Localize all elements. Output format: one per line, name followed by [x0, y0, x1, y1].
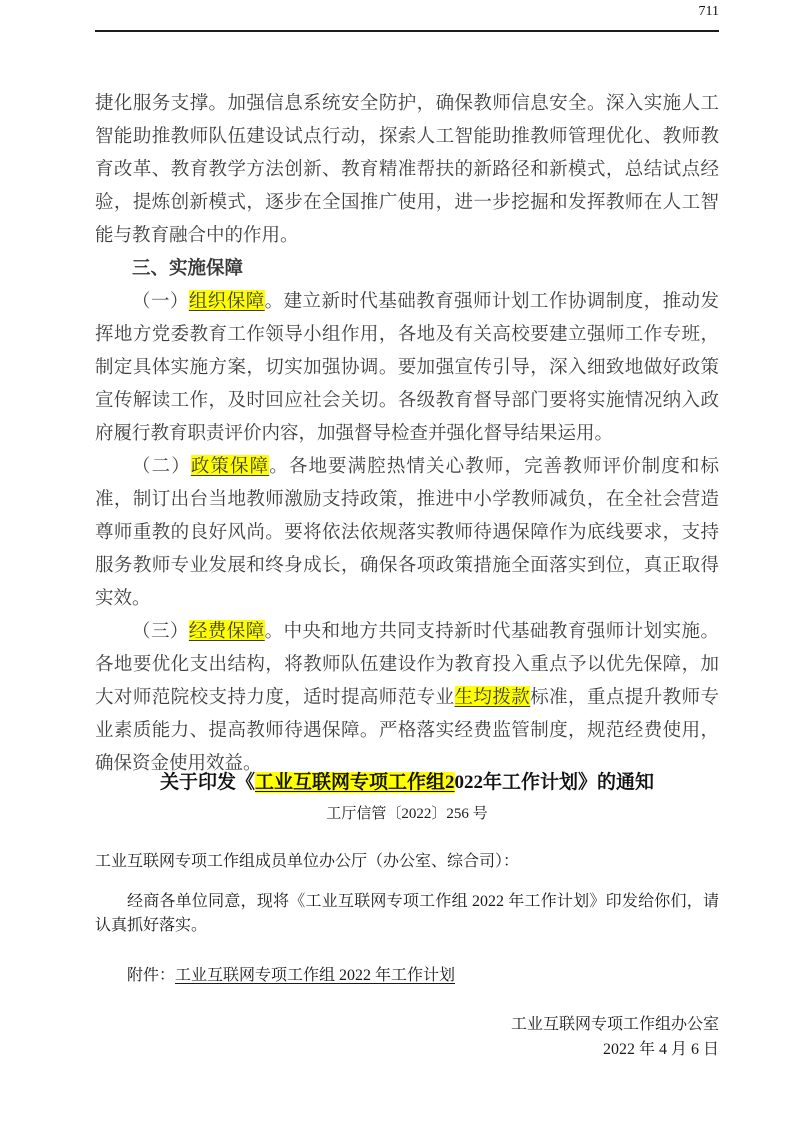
highlighted-keyword[interactable]: 政策保障 [191, 455, 269, 476]
notice-title: 关于印发《工业互联网专项工作组2022年工作计划》的通知 [95, 770, 719, 796]
paragraph-policy-guarantee: （二）政策保障。各地要满腔热情关心教师，完善教师评价制度和标准，制订出台当地教师… [95, 449, 719, 614]
paragraph-organization-guarantee: （一）组织保障。建立新时代基础教育强师计划工作协调制度，推动发挥地方党委教育工作… [95, 284, 719, 449]
text-run: 022年工作计划》的通知 [455, 772, 655, 793]
highlighted-keyword[interactable]: 生均拨款 [455, 686, 531, 707]
paragraph-funding-guarantee: （三）经费保障。中央和地方共同支持新时代基础教育强师计划实施。各地要优化支出结构… [95, 614, 719, 779]
attachment-link[interactable]: 工业互联网专项工作组 2022 年工作计划 [175, 967, 455, 984]
notice-document: 关于印发《工业互联网专项工作组2022年工作计划》的通知 工厅信管〔2022〕2… [95, 770, 719, 1062]
text-run: 。建立新时代基础教育强师计划工作协调制度，推动发挥地方党委教育工作领导小组作用，… [95, 290, 719, 443]
page-number: 711 [699, 4, 719, 20]
notice-signoff: 工业互联网专项工作组办公室 2022 年 4 月 6 日 [95, 1012, 719, 1062]
text-run: 关于印发《 [160, 772, 255, 793]
highlighted-keyword[interactable]: 经费保障 [189, 620, 265, 641]
notice-attachment-line: 附件：工业互联网专项工作组 2022 年工作计划 [95, 964, 719, 988]
highlighted-keyword[interactable]: 组织保障 [189, 290, 265, 311]
signoff-date: 2022 年 4 月 6 日 [95, 1037, 719, 1062]
highlighted-keyword[interactable]: 工业互联网专项工作组2 [255, 772, 455, 793]
text-run: 附件： [127, 967, 175, 984]
notice-body-paragraph: 经商各单位同意，现将《工业互联网专项工作组 2022 年工作计划》印发给你们，请… [95, 890, 719, 938]
text-run: （二） [132, 455, 191, 476]
policy-document-body: 捷化服务支撑。加强信息系统安全防护，确保教师信息安全。深入实施人工智能助推教师队… [95, 86, 719, 779]
text-run: （一） [132, 290, 189, 311]
section-heading: 三、实施保障 [95, 251, 719, 284]
text-run: （三） [132, 620, 189, 641]
header-rule [95, 30, 719, 32]
notice-doc-number: 工厅信管〔2022〕256 号 [95, 802, 719, 826]
document-page: 711 捷化服务支撑。加强信息系统安全防护，确保教师信息安全。深入实施人工智能助… [0, 0, 793, 1122]
signoff-organization: 工业互联网专项工作组办公室 [95, 1012, 719, 1037]
paragraph-continuation: 捷化服务支撑。加强信息系统安全防护，确保教师信息安全。深入实施人工智能助推教师队… [95, 86, 719, 251]
text-run: 捷化服务支撑。加强信息系统安全防护，确保教师信息安全。深入实施人工智能助推教师队… [95, 92, 719, 245]
notice-salutation: 工业互联网专项工作组成员单位办公厅（办公室、综合司）： [95, 850, 719, 874]
text-run: 。各地要满腔热情关心教师，完善教师评价制度和标准，制订出台当地教师激励支持政策，… [95, 455, 719, 608]
